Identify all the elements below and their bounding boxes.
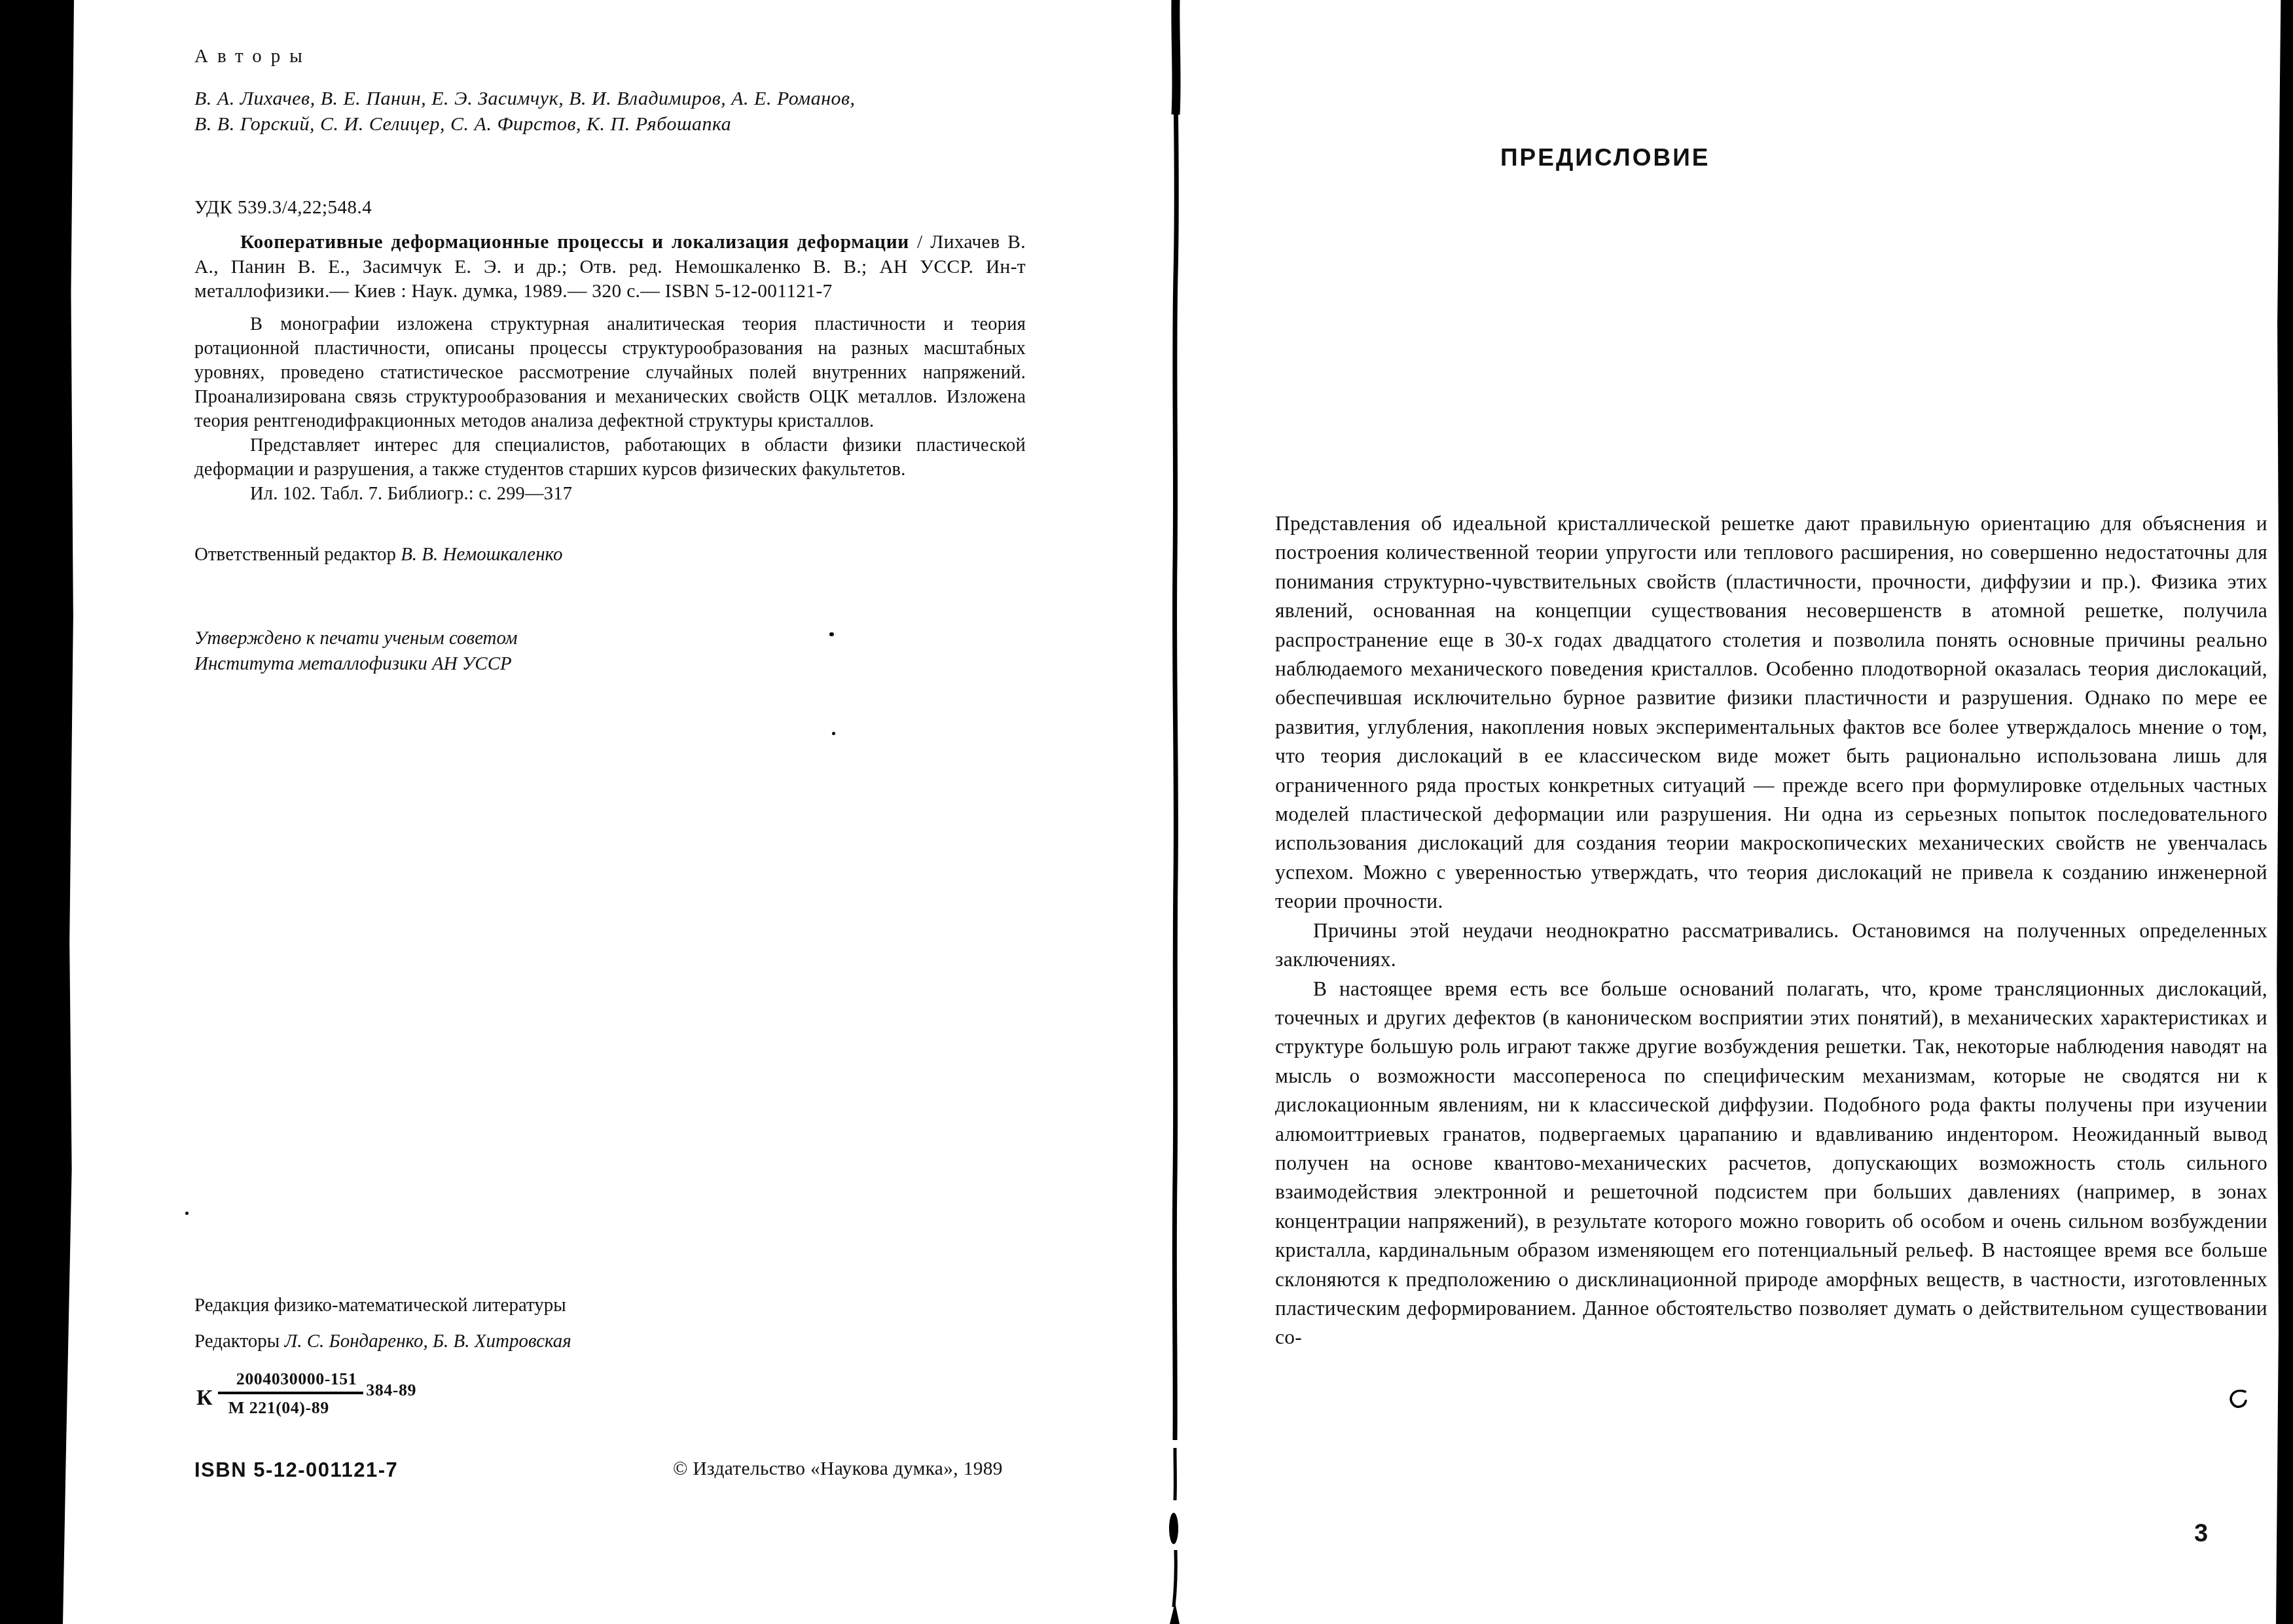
- formula-fraction: 2004030000-151 М 221(04)-89: [218, 1369, 364, 1418]
- udk-code: УДК 539.3/4,22;548.4: [194, 197, 1026, 219]
- scan-border-left: [0, 0, 74, 1624]
- formula-numerator: 2004030000-151: [218, 1369, 364, 1394]
- annotation-paragraph: Представляет интерес для специалистов, р…: [194, 433, 1026, 482]
- authors-names-line1: В. А. Лихачев, В. Е. Панин, Е. Э. Засимч…: [194, 86, 1026, 111]
- ink-speck: [829, 632, 834, 636]
- responsible-editor-line: Ответственный редактор В. В. Немошкаленк…: [194, 544, 1026, 566]
- approval-line1: Утверждено к печати ученым советом: [194, 626, 1026, 651]
- annotation-paragraph: В монографии изложена структурная аналит…: [194, 312, 1026, 433]
- preface-heading: ПРЕДИСЛОВИЕ: [1500, 144, 1710, 171]
- authors-names: В. А. Лихачев, В. Е. Панин, Е. Э. Засимч…: [194, 86, 1026, 137]
- redaction-block: Редакция физико-математической литератур…: [194, 1295, 571, 1352]
- pen-squiggle-mark: [2224, 1386, 2249, 1413]
- formula-suffix: 384-89: [366, 1380, 416, 1407]
- page-number: 3: [2194, 1520, 2208, 1548]
- editors-line: Редакторы Л. С. Бондаренко, Б. В. Хитров…: [194, 1331, 571, 1352]
- bibliographic-description: Кооперативные деформационные процессы и …: [194, 230, 1026, 304]
- editors-names: Л. С. Бондаренко, Б. В. Хитровская: [285, 1331, 571, 1352]
- approval-note: Утверждено к печати ученым советом Инсти…: [194, 626, 1026, 677]
- book-gutter-line: [1156, 0, 1195, 1624]
- editor-label: Ответственный редактор: [194, 544, 401, 565]
- authors-names-line2: В. В. Горский, С. И. Селицер, С. А. Фирс…: [194, 111, 1026, 137]
- publishing-index-formula: К 2004030000-151 М 221(04)-89 384-89: [196, 1369, 416, 1418]
- preface-paragraph: Причины этой неудачи неоднократно рассма…: [1275, 916, 2267, 975]
- preface-text: Представления об идеальной кристаллическ…: [1275, 509, 2267, 1352]
- preface-paragraph: Представления об идеальной кристаллическ…: [1275, 509, 2267, 916]
- isbn-line: ISBN 5-12-001121-7: [194, 1458, 398, 1482]
- bib-title: Кооперативные деформационные процессы и …: [240, 232, 909, 253]
- left-page: Авторы В. А. Лихачев, В. Е. Панин, Е. Э.…: [194, 46, 1026, 677]
- ink-speck: [2250, 734, 2252, 740]
- editor-name: В. В. Немошкаленко: [401, 544, 562, 565]
- illustrations-stats-line: Ил. 102. Табл. 7. Библиогр.: с. 299—317: [194, 482, 1026, 506]
- authors-heading: Авторы: [194, 46, 1026, 67]
- ink-speck: [832, 732, 835, 735]
- formula-letter: К: [196, 1377, 213, 1411]
- editors-label: Редакторы: [194, 1331, 285, 1352]
- scan-border-right: [2276, 0, 2293, 1624]
- approval-line2: Института металлофизики АН УССР: [194, 651, 1026, 677]
- formula-denominator: М 221(04)-89: [218, 1394, 364, 1418]
- ink-speck: [185, 1212, 189, 1215]
- scanned-book-spread: { "left_page": { "authors_label": "Автор…: [0, 0, 2293, 1624]
- annotation-block: В монографии изложена структурная аналит…: [194, 312, 1026, 506]
- redaction-line: Редакция физико-математической литератур…: [194, 1295, 571, 1316]
- copyright-line: © Издательство «Наукова думка», 1989: [673, 1458, 1003, 1480]
- preface-paragraph: В настоящее время есть все больше основа…: [1275, 975, 2267, 1352]
